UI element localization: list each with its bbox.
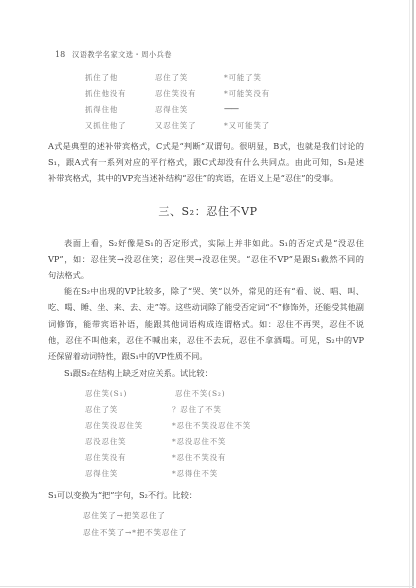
- paragraph-4: S₁跟S₂在结构上缺乏对应关系。试比较：: [64, 366, 213, 380]
- section-heading: 三、S₂：忍住不VP: [0, 203, 416, 221]
- example-line: 忍住不笑了→*把不笑忍住了: [83, 526, 187, 540]
- paragraph-line: A式是典型的述补带宾格式，C式是“判断”双谓句。很明显，B式，也就是我们讨论的: [48, 139, 364, 153]
- paragraph-line: VP”，如：忍住笑→没忍住笑；忍住哭→没忍住哭。“忍住不VP”是跟S₁截然不同的: [48, 252, 364, 266]
- table-cell: 忍没忍住笑: [85, 435, 126, 449]
- table-cell: 抓住他没有: [85, 87, 126, 101]
- paragraph-line: 补带宾格式，其中的VP充当述补结构“忍住”的宾语，在语义上是“忍住”的受事。: [48, 171, 338, 185]
- paragraph-line: 表面上看，S₂好像是S₁的否定形式，实际上并非如此。S₁的否定式是“没忍住: [64, 236, 364, 250]
- running-title: 汉语教学名家文选・周小兵卷: [72, 48, 172, 62]
- table-cell: *忍得住不笑: [172, 467, 218, 481]
- table-cell: *忍住不笑没忍住不笑: [172, 419, 251, 433]
- table-cell: *忍住不笑没有: [172, 451, 226, 465]
- page-bottom-edge: [0, 586, 414, 587]
- table-cell: 忍得住笑: [85, 467, 118, 481]
- table-cell: ？忍住了不笑: [172, 403, 222, 417]
- table-cell: 忍住笑(S₁): [85, 387, 127, 401]
- table-cell: 又抓住他了: [85, 119, 126, 133]
- table-cell: *可能了笑: [224, 71, 262, 85]
- table-cell: *又可能笑了: [224, 119, 270, 133]
- table-cell: 忍住笑没忍住笑: [85, 419, 143, 433]
- table-cell: *可能笑没有: [224, 87, 270, 101]
- paragraph-line: 还保留着动词特性，跟S₁中的VP性质不同。: [48, 349, 208, 363]
- page-right-edge: [412, 0, 414, 588]
- table-cell: 抓住了他: [85, 71, 118, 85]
- table-cell: 又忍住笑了: [155, 119, 196, 133]
- table-cell: 抓得住他: [85, 103, 118, 117]
- table-cell: 忍住了笑: [155, 71, 188, 85]
- paragraph-line: 能在S₂中出现的VP比较多，除了“哭、笑”以外，常见的还有“看、说、唱、叫、: [64, 284, 364, 298]
- table-cell: 忍住笑没有: [155, 87, 196, 101]
- example-line: 忍住笑了→把笑忍住了: [83, 509, 166, 523]
- table-cell: *忍没忍住不笑: [172, 435, 226, 449]
- table-cell: 忍得住笑: [155, 103, 188, 117]
- paragraph-line: 他，忍住不叫他来，忍住不喊出来，忍住不去玩，忍住不拿酒喝。可见，S₂中的VP: [48, 333, 364, 347]
- paragraph-line: 词修饰，能带宾语补语，能跟其他词语构成连谓格式。如：忍住不再哭，忍住不说: [48, 317, 364, 331]
- paragraph-line: 句法格式。: [48, 268, 89, 282]
- table-cell: 忍住不笑(S₂): [175, 387, 226, 401]
- document-page: 18 汉语教学名家文选・周小兵卷 抓住了他 忍住了笑 *可能了笑 抓住他没有 忍…: [0, 0, 416, 588]
- table-cell: 忍住笑没有: [85, 451, 126, 465]
- page-number: 18: [55, 48, 65, 62]
- paragraph-5: S₁可以变换为“把”字句，S₂不行。比较：: [48, 488, 197, 502]
- table-cell: 忍住了笑: [85, 403, 118, 417]
- empty-cell-dash: ——: [224, 102, 238, 116]
- paragraph-line: 吃、喝、睡、坐、来、去、走”等。这些动词除了能受否定词“不”修饰外，还能受其他副: [48, 300, 364, 314]
- paragraph-line: S₁，跟A式有一系列对应的平行格式，跟C式却没有什么共同点。由此可知，S₁是述: [48, 155, 364, 169]
- page-edge-shadow: [409, 0, 410, 588]
